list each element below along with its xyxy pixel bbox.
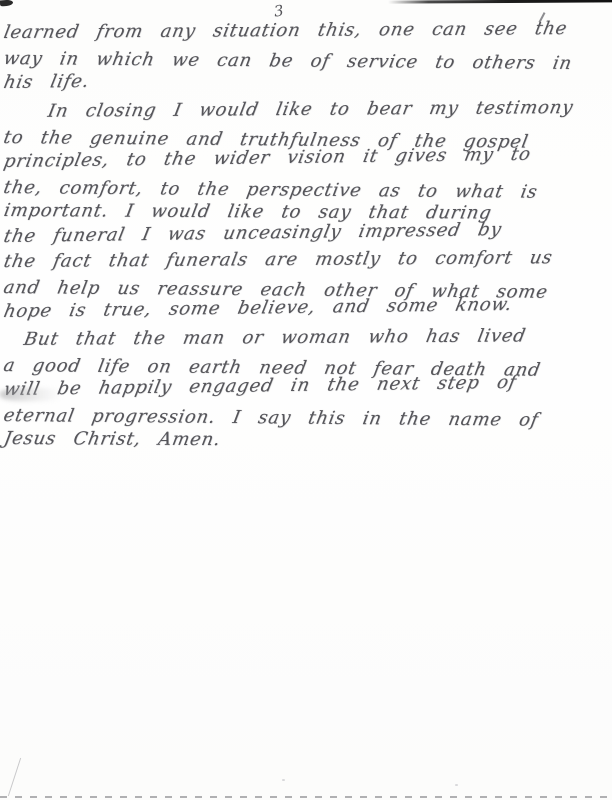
paragraph-continuation: learned from any situation this, one can…	[4, 20, 610, 95]
handwritten-line: learned from any situation this, one can…	[2, 16, 612, 45]
handwritten-line: In closing I would like to bear my testi…	[2, 95, 612, 124]
handwritten-line: the fact that funerals are mostly to com…	[2, 245, 612, 274]
scanned-handwritten-page: 3 learned from any situation this, one c…	[0, 0, 612, 800]
scan-corner-mark-top-left	[0, 0, 13, 6]
handwritten-line: Jesus Christ, Amen.	[2, 426, 612, 454]
scan-edge-mark-top-right	[388, 0, 612, 4]
paragraph-testimony: In closing I would like to bear my testi…	[4, 99, 610, 324]
handwritten-line: But that the man or woman who has lived	[2, 323, 612, 352]
paper-speck	[282, 779, 285, 781]
paper-speck	[455, 784, 458, 786]
paragraph-closing: But that the man or woman who has lived …	[4, 327, 610, 452]
eraser-smudge	[0, 388, 62, 401]
scan-scratch-bottom-left	[8, 758, 21, 796]
scan-edge-dashes-bottom	[0, 796, 612, 798]
